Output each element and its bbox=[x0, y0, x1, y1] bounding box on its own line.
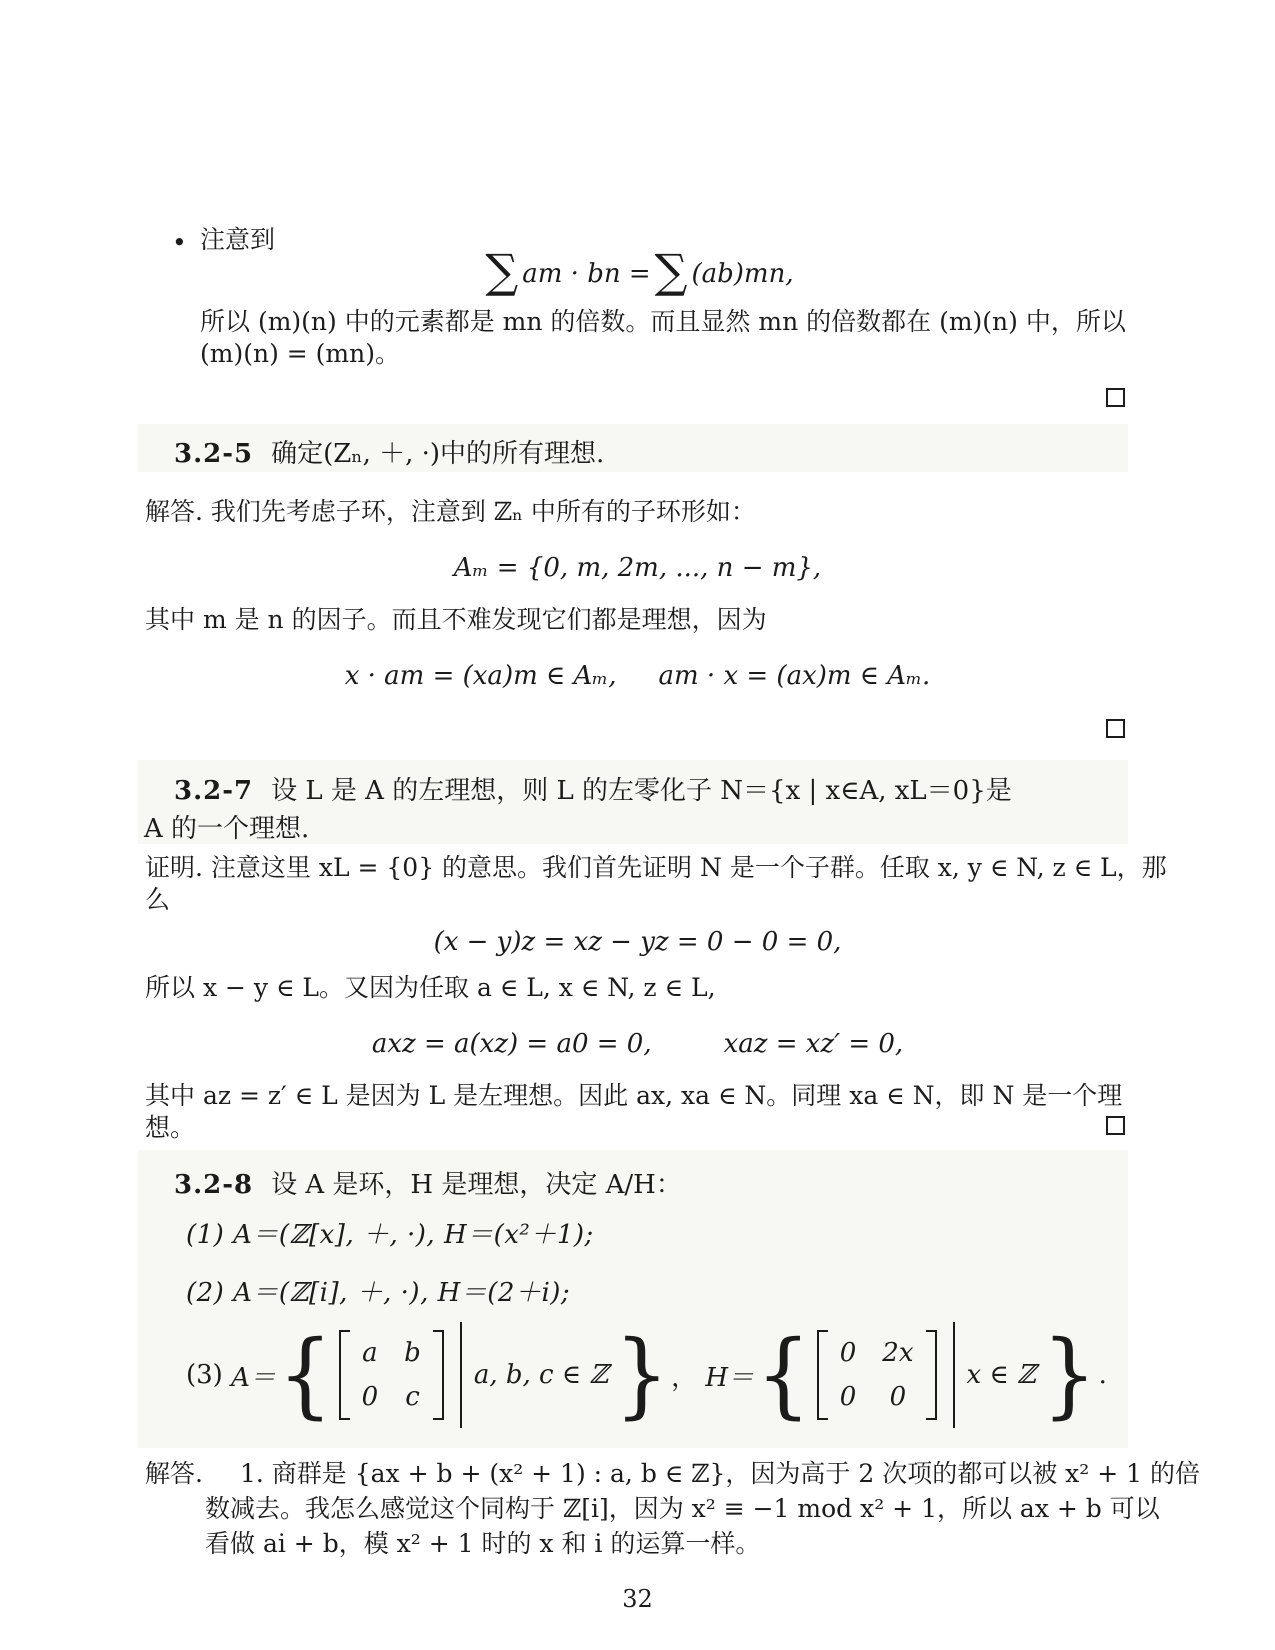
solution-intro: 解答. 我们先考虑子环，注意到 ℤₙ 中所有的子环形如： bbox=[145, 496, 756, 528]
set-condition-bar bbox=[460, 1322, 462, 1428]
solution-label: 解答. bbox=[145, 497, 203, 526]
section-title-line1: 设 L 是 A 的左理想，则 L 的左零化子 N＝{x | x∈A, xL＝0}… bbox=[271, 776, 1012, 806]
matrix-cell: 0 bbox=[840, 1382, 857, 1412]
display-equation-subtraction: (x − y)z = xz − yz = 0 − 0 = 0, bbox=[145, 922, 1130, 962]
proof-line: 证明. 注意这里 xL = {0} 的意思。我们首先证明 N 是一个子群。任取 … bbox=[145, 852, 1167, 884]
display-equation-products: axz = a(xz) = a0 = 0, xaz = xz′ = 0, bbox=[145, 1024, 1130, 1064]
section-3-2-8-block: 3.2-8设 A 是环，H 是理想，决定 A/H： (1) A＝(ℤ[x], ＋… bbox=[138, 1150, 1128, 1448]
matrix-cell: 0 bbox=[882, 1382, 913, 1412]
right-brace: } bbox=[1040, 1329, 1099, 1422]
problem-item-1: (1) A＝(ℤ[x], ＋, ·), H＝(x²＋1); bbox=[186, 1214, 594, 1251]
right-brace: } bbox=[612, 1329, 671, 1422]
solution-line: 看做 ai + b，模 x² + 1 时的 x 和 i 的运算一样。 bbox=[205, 1528, 760, 1560]
matrix-bracket-left bbox=[817, 1330, 828, 1420]
page-number: 32 bbox=[0, 1585, 1275, 1613]
document-page: • 注意到 ∑ am · bn = ∑ (ab)mn, 所以 (m)(n) 中的… bbox=[0, 0, 1275, 1650]
problem-item-2: (2) A＝(ℤ[i], ＋, ·), H＝(2＋i); bbox=[186, 1272, 570, 1309]
sum-symbol: ∑ bbox=[485, 248, 518, 294]
section-3-2-7-heading-block: 3.2-7设 L 是 A 的左理想，则 L 的左零化子 N＝{x | x∈A, … bbox=[138, 760, 1128, 844]
proof-conclusion-line: 想。 bbox=[145, 1112, 195, 1144]
equation-text: am · x = (ax)m ∈ Aₘ. bbox=[659, 661, 931, 691]
proof-text: 注意这里 xL = {0} 的意思。我们首先证明 N 是一个子群。任取 x, y… bbox=[211, 853, 1167, 882]
section-number: 3.2-5 bbox=[174, 439, 253, 469]
matrix-cell: c bbox=[404, 1382, 421, 1412]
display-equation-sum: ∑ am · bn = ∑ (ab)mn, bbox=[145, 248, 1130, 300]
section-heading: 3.2-5确定(Zₙ, ＋, ·)中的所有理想. bbox=[174, 433, 604, 470]
section-title-line2: A 的一个理想. bbox=[144, 808, 309, 845]
set-condition: x ∈ ℤ bbox=[967, 1360, 1036, 1390]
qed-box bbox=[1106, 1116, 1125, 1135]
qed-box bbox=[1106, 719, 1125, 738]
item3-number: (3) bbox=[186, 1360, 223, 1390]
left-brace: { bbox=[276, 1329, 335, 1422]
item3-H-label: H＝ bbox=[705, 1357, 754, 1394]
equation-text: (ab)mn, bbox=[691, 259, 793, 289]
section-number: 3.2-8 bbox=[174, 1170, 253, 1200]
period: . bbox=[1099, 1360, 1107, 1390]
separator: ， bbox=[671, 1357, 697, 1394]
equation-text: axz = a(xz) = a0 = 0, bbox=[372, 1029, 652, 1059]
proof-line: 么 bbox=[145, 884, 170, 916]
matrix-cell: 0 bbox=[362, 1382, 379, 1412]
proof-label: 证明. bbox=[145, 853, 203, 882]
solution-line: 1. 商群是 {ax + b + (x² + 1) : a, b ∈ ℤ}，因为… bbox=[240, 1458, 1200, 1490]
matrix-bracket-right bbox=[433, 1330, 444, 1420]
section-heading: 3.2-8设 A 是环，H 是理想，决定 A/H： bbox=[174, 1164, 682, 1201]
sum-symbol: ∑ bbox=[655, 248, 688, 294]
section-title: 设 A 是环，H 是理想，决定 A/H： bbox=[271, 1170, 682, 1200]
section-number: 3.2-7 bbox=[174, 776, 253, 806]
equation-text: xaz = xz′ = 0, bbox=[724, 1029, 904, 1059]
matrix-cell: 0 bbox=[840, 1338, 857, 1368]
section-3-2-5-heading-block: 3.2-5确定(Zₙ, ＋, ·)中的所有理想. bbox=[138, 424, 1128, 472]
note-paragraph-line: 所以 (m)(n) 中的元素都是 mn 的倍数。而且显然 mn 的倍数都在 (m… bbox=[200, 306, 1126, 338]
matrix-cell: b bbox=[404, 1338, 421, 1368]
display-equation-Am: Aₘ = {0, m, 2m, ..., n − m}, bbox=[145, 548, 1130, 588]
solution-line: 数减去。我怎么感觉这个同构于 ℤ[i]，因为 x² ≡ −1 mod x² + … bbox=[205, 1493, 1160, 1525]
solution-label: 解答. bbox=[145, 1458, 203, 1490]
set-condition: a, b, c ∈ ℤ bbox=[474, 1360, 609, 1390]
section-heading: 3.2-7设 L 是 A 的左理想，则 L 的左零化子 N＝{x | x∈A, … bbox=[174, 770, 1012, 807]
set-condition-bar bbox=[953, 1322, 955, 1428]
matrix-A: a b 0 c bbox=[339, 1330, 444, 1420]
solution-text: 我们先考虑子环，注意到 ℤₙ 中所有的子环形如： bbox=[211, 497, 756, 526]
qed-box bbox=[1106, 388, 1125, 407]
equation-text: (x − y)z = xz − yz = 0 − 0 = 0, bbox=[434, 927, 842, 957]
equation-text: Aₘ = {0, m, 2m, ..., n − m}, bbox=[454, 553, 821, 583]
proof-conclusion-line: 其中 az = z′ ∈ L 是因为 L 是左理想。因此 ax, xa ∈ N。… bbox=[145, 1080, 1122, 1112]
problem-item-3: (3) A＝ { a b 0 c a, b, c ∈ ℤ } ， H＝ { bbox=[186, 1320, 1107, 1430]
body-paragraph: 其中 m 是 n 的因子。而且不难发现它们都是理想，因为 bbox=[145, 604, 767, 636]
matrix-cell: 2x bbox=[882, 1338, 913, 1368]
section-title: 确定(Zₙ, ＋, ·)中的所有理想. bbox=[271, 439, 604, 469]
equation-text: x · am = (xa)m ∈ Aₘ, bbox=[345, 661, 617, 691]
body-paragraph: 所以 x − y ∈ L。又因为任取 a ∈ L, x ∈ N, z ∈ L, bbox=[145, 972, 716, 1004]
matrix-bracket-left bbox=[339, 1330, 350, 1420]
matrix-bracket-right bbox=[926, 1330, 937, 1420]
item3-A-label: A＝ bbox=[231, 1357, 276, 1394]
note-paragraph-line: (m)(n) = (mn)。 bbox=[200, 338, 400, 370]
equation-text: am · bn = bbox=[522, 259, 650, 289]
left-brace: { bbox=[754, 1329, 813, 1422]
matrix-cell: a bbox=[362, 1338, 379, 1368]
display-equation-ideal: x · am = (xa)m ∈ Aₘ, am · x = (ax)m ∈ Aₘ… bbox=[145, 656, 1130, 696]
matrix-H: 0 2x 0 0 bbox=[817, 1330, 937, 1420]
